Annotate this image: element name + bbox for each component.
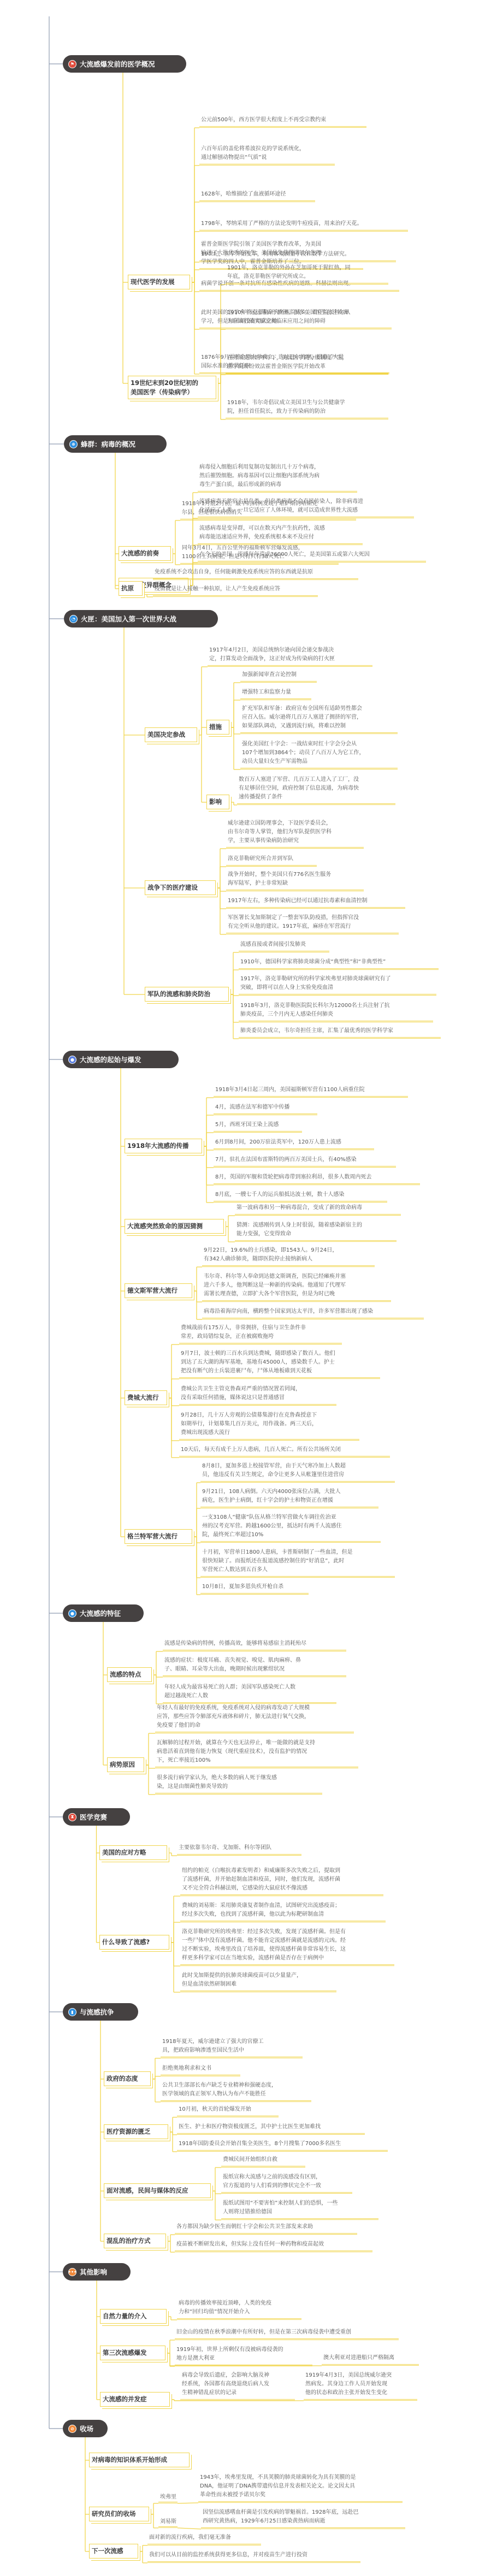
leaf-note[interactable]: 1918年3月，洛克菲勒医院院长科尔为12000名士兵注射了抗 肺炎疫苗，三个月… xyxy=(239,1002,433,1022)
leaf-note[interactable]: 8月8日，夏加多恩上校接管军营，由于天气寒冷加上人数超 员，他违反有关卫生规定，… xyxy=(200,1462,395,1483)
leaf-note[interactable]: 1901年，洛克菲勒的外孙在芝加哥死于猩红热，同 年底，洛克菲勒医学研究所成立。 xyxy=(226,264,388,285)
sub-topic[interactable]: 大流感的并发症 xyxy=(100,2392,170,2407)
leaf-note[interactable]: 纽约的帕克（白喉抗毒素发明者）和威廉斯多次失败之后，提取到 了流感杆菌，并开始赶… xyxy=(180,1867,383,1896)
leaf-note[interactable]: 1798年，琴纳采用了严格的方法论发明牛痘疫苗，用来治疗天花。 xyxy=(199,220,408,232)
leaf-note[interactable]: 1910年洛克菲勒研究所医院成立。首任院长科尔认 为应该打破实验室和临床应用之间… xyxy=(226,309,388,329)
leaf-note[interactable]: 澳大利亚对进港船只严格隔离 xyxy=(322,2354,419,2366)
leaf-note[interactable]: 医生、护士和医疗物资极度匮乏，其中护士比医生更加难找 xyxy=(177,2123,365,2135)
leaf-note[interactable]: 9月7日，波士顿的三百水兵到达费城，随即感染了数百人。他们 到达了五大湖的海军基… xyxy=(179,1349,380,1379)
sub-topic[interactable]: 面对流感，民间与媒体的反应 xyxy=(104,2183,211,2198)
leaf-note[interactable]: 费城公共卫生主管克鲁森对严重的情况置若罔闻， 没有采取任何措施，媒体说这只是普通… xyxy=(179,1385,336,1406)
leaf-note[interactable]: 公元前500年，西方医学很大程度上不再受宗教约束 xyxy=(199,116,366,128)
leaf-note[interactable]: 报纸宣称大流感与之前的流感没有区别， 官方报道的与人们看到的惨状完全不一致 xyxy=(221,2173,352,2194)
leaf-note[interactable]: 流感的症状：极度耳痛、丧失视觉、嗅觉、肌肉麻痹、鼻 子、眼睛、耳朵等大出血，晚期… xyxy=(163,1656,346,1677)
hourglass-icon: ⧗ xyxy=(68,1813,76,1821)
leaf-note[interactable]: 病毒侵入细胞后利用复制功复制出几十万个病毒， 然后摧毁细胞。病毒基因可以让细胞内… xyxy=(198,463,357,493)
leaf-note[interactable]: 9月22日，19.6%的士兵感染，即1543人。9月24日， 有342人确诊肺炎… xyxy=(202,1246,375,1267)
leaf-note[interactable]: 很多流行病学家认为，绝大多数的病人死于继发感 染，这是由细菌性肺炎导致的 xyxy=(155,1774,322,1795)
leaf-note[interactable]: 9月28日，几十万人旁观的公债募集游行在克鲁森授意下 如期举行，计划募集几百万美… xyxy=(179,1411,359,1441)
leaf-note[interactable]: 费城民间开始组织自救 xyxy=(221,2155,305,2168)
sub-topic[interactable]: 研究员们的收场 xyxy=(89,2507,149,2521)
leaf-note[interactable]: 1918年3月4日起三周内，美国福斯顿军营有1100人病重住院 xyxy=(214,1086,408,1098)
leaf-note[interactable]: 疫苗被不断研发出来，但实际上没有任何一种药物和疫苗起效 xyxy=(175,2240,372,2252)
leaf-note[interactable]: 8月，英国的军舰和货轮把病毒带到塞拉利昂，很多人数周内死去 xyxy=(214,1173,420,1185)
leaf-note[interactable]: 10月初，秋天的首轮爆发开始 xyxy=(177,2105,279,2117)
researcher-name[interactable]: 埃弗里 xyxy=(158,2492,178,2503)
leaf-note[interactable]: 1917年4月2日，美国总统纳尔逊向国会递交参战决 定，打算发动全面战争，这正好… xyxy=(208,646,372,667)
sub-topic[interactable]: 第三次流感爆发 xyxy=(100,2346,165,2360)
leaf-note[interactable]: 10天后，每天有成千上万人患病，几百人死亡。所有公共场所关闭 xyxy=(179,1446,390,1458)
sub-topic[interactable]: 19世纪末到20世纪初的 美国医学（传染病学） xyxy=(128,376,216,399)
leaf-note[interactable]: 病毒的传播效率接近顶峰，人类的免疫 力和“回归均值”情况开始介入 xyxy=(177,2299,301,2320)
sub-topic[interactable]: 美国决定参战 xyxy=(145,727,197,742)
leaf-note[interactable]: 10月8日，夏加多恩负疚开枪自杀 xyxy=(200,1583,309,1595)
sub-topic[interactable]: 费城大流行 xyxy=(125,1390,167,1405)
sub-topic[interactable]: 流感的特点 xyxy=(107,1667,152,1682)
sub-topic[interactable]: 对病毒的知识体系开始形成 xyxy=(89,2453,190,2467)
main-topic[interactable]: ⧗医学竞赛 xyxy=(63,1808,130,1826)
leaf-note[interactable]: 8月底，一艘七千人的运兵船抵达波士顿，数十人感染 xyxy=(214,1191,387,1203)
main-topic[interactable]: ⚑大流感爆发前的医学概况 xyxy=(63,55,186,73)
sub-topic[interactable]: 1918年大流感的传播 xyxy=(125,1139,202,1153)
leaf-note[interactable]: 六百年后的盖伦将希波拉克的学说系统化， 通过解刨动物提出“气质”说 xyxy=(199,145,335,165)
leaf-note[interactable]: 此时戈加斯提供的抗肺炎球菌疫苗可以少量量产， 但是血清依然研制困难 xyxy=(180,1971,336,1992)
main-topic-label: 收场 xyxy=(80,2424,93,2433)
main-topic-label: 蜂群：病毒的概况 xyxy=(81,439,135,449)
leaf-note[interactable]: 军医署长戈加斯制定了一整套军队防疫措，但指挥官没 有完全听从他的建议。1917年… xyxy=(226,914,399,934)
leaf-note[interactable]: 第一波病毒和另一种病毒混合，变成了新的致命病毒 xyxy=(235,1204,401,1216)
leaf-note[interactable]: 数百万人塞进了军营、几百万工人进入了工厂，没 有足够居住空间，政府控制了信息流通… xyxy=(237,775,395,805)
sub-topic[interactable]: 格兰特军营大流行 xyxy=(125,1529,192,1544)
leaf-note[interactable]: 疫苗就是让人接触一种抗原，让人产生免疫系统应答 xyxy=(153,585,318,597)
leaf-note[interactable]: 7月，驻扎在法国布雷斯特的两百万美国士兵，有40%感染 xyxy=(214,1156,396,1168)
sub-topic[interactable]: 现代医学的发展 xyxy=(128,275,190,289)
mind-map-canvas: ⚑大流感爆发前的医学概况现代医学的发展公元前500年，西方医学很大程度上不再受宗… xyxy=(0,0,491,2576)
bee-icon: ⊕ xyxy=(69,440,78,448)
leaf-note[interactable]: 年轻人有最好的免疫系统，免疫系统对入侵的病毒发动了大规模 应答，那些应答令肺部充… xyxy=(155,1704,354,1733)
leaf-note[interactable]: 我们可以从目前的监控系统获得更多信息，并对疫苗生产进行投资 xyxy=(147,2551,360,2563)
sub-topic-measures[interactable]: 措施 xyxy=(206,720,229,735)
researcher-name[interactable]: 刘易斯 xyxy=(158,2516,178,2528)
leaf-note[interactable]: 十月初，军营单日1800人患病，卡普斯研制了一些血清，但是 很快短缺了。而报纸还… xyxy=(200,1548,395,1578)
leaf-note[interactable]: 洛克菲勒研究所合并到军队 xyxy=(226,855,317,867)
leaf-note[interactable]: 病毒会导致后遗症，会影响大脑及神 经系统，各国都有高烧退烧后病人发 生精神错乱症… xyxy=(180,2371,295,2401)
leaf-note[interactable]: 6月到8月间，200万驻法英军中，120万人患上流感 xyxy=(214,1138,374,1150)
leaf-note[interactable]: 1919年4月3日，美国总统威尔逊突 然病发。其身边工作人员开始发现 他的状态和… xyxy=(304,2371,417,2401)
main-topic-label: 医学竞赛 xyxy=(80,1812,107,1822)
chart-icon: ▮ xyxy=(68,2008,76,2016)
main-topic-label: 其他影响 xyxy=(80,2267,107,2277)
sub-topic[interactable]: 大流感的前奏 xyxy=(119,546,171,561)
leaf-note[interactable]: 5月，西班牙国王染上流感 xyxy=(214,1121,302,1133)
leaf-note[interactable]: 强化美国红十字会：一战结束时红十字会分会从 107个增加到3864个；动员了八百… xyxy=(240,740,398,769)
leaf-note[interactable]: 年轻人成为最容易死亡的人群；美国军队感染死亡人数 超过越战死亡人数 xyxy=(163,1683,336,1704)
leaf-note[interactable]: 病毒沿着海岸向南，横跨整个国家到达太平洋，许多军营都出现了感染 xyxy=(202,1307,424,1319)
leaf-note[interactable]: 韦尔奇、科尔等人奉命到达德文斯调查，医院已经瘫痪并塞 进六千多人，他判断这是一种… xyxy=(202,1272,391,1302)
leaf-note[interactable]: 流感病毒天然宿主是鸟类，但鸟类病毒不会直接传染人，除非病毒进 化适应了人类。一旦… xyxy=(198,498,414,518)
leaf-note[interactable]: 1910年，德国科学家将肺炎球菌分成“典型性”和“非典型性” xyxy=(239,958,439,970)
sub-topic[interactable]: 大流感突然致命的原因猜测 xyxy=(125,1219,224,1234)
leaf-note[interactable]: 主要依靠韦尔奇、戈加斯、科尔等团队 xyxy=(177,1844,301,1856)
leaf-note[interactable]: 流感病毒是变异群，可以在数天内产生抗药性，流感 病毒能迅速适应外界，免疫系统根本… xyxy=(198,524,363,545)
person-icon: ● xyxy=(68,1056,76,1064)
main-topic-label: 大流感的起始与爆发 xyxy=(80,1055,141,1064)
leaf-note[interactable]: 威尔逊建立国防理事会，下设医学委员会， 由韦尔奇等人掌管，他们为军队提供医学科 … xyxy=(226,819,364,849)
main-topic[interactable]: ●大流感的特征 xyxy=(63,1604,144,1622)
main-topic[interactable]: ◔火匣：美国加入第一次世界大战 xyxy=(64,610,218,627)
sub-topic[interactable]: 政府的态度 xyxy=(104,2071,151,2086)
leaf-note[interactable]: 1918年国防委员会开始召集全美医生，8个月搜集了7000多名医生 xyxy=(177,2140,388,2152)
leaf-note[interactable]: 流感是传染病的特例，传播高效，能够将易感宿主消耗殆尽 xyxy=(163,1639,346,1651)
main-topic-label: 大流感爆发前的医学概况 xyxy=(80,59,155,69)
leaf-note[interactable]: 流感直接或者间接引发肺炎 xyxy=(239,940,329,952)
leaf-note[interactable]: 1918年，韦尔奇倡议成立美国卫生与公共健康学 院，担任首任院长，致力于传染病的… xyxy=(226,399,388,419)
leaf-note[interactable]: 4月，流感在法军和德军中传播 xyxy=(214,1103,317,1115)
sub-topic[interactable]: 什么导致了流感? xyxy=(99,1935,169,1950)
main-topic[interactable]: ⊕蜂群：病毒的概况 xyxy=(64,435,167,453)
leaf-note[interactable]: 在今天的美国，流感每年造成36000人死亡，是美国第五或第六大死因 xyxy=(198,550,426,562)
sub-topic[interactable]: 下一次流感 xyxy=(89,2544,138,2559)
leaf-note[interactable]: 在弗莱克斯纳呼吁下，美国医学院分级制度产生， 医学院纷纷效法霍普金斯医学院开始改… xyxy=(226,354,388,375)
leaf-note[interactable]: 1919年初，世界上所剩仅有没被病毒侵袭的 地方是澳大利亚 xyxy=(175,2346,312,2366)
sub-topic[interactable]: 抗原 xyxy=(119,581,143,596)
sub-topic[interactable]: 自然力量的介入 xyxy=(100,2309,167,2324)
sub-topic[interactable]: 病势原因 xyxy=(107,1757,144,1772)
leaf-note[interactable]: 面对新的流行疾病，我们毫无准备 xyxy=(147,2533,261,2545)
stop-icon: ⊘ xyxy=(68,2425,76,2433)
leaf-note[interactable]: 报纸试图用“不要害怕”来控制人们的恐惧，一些 人则将过错推给德国 xyxy=(221,2199,378,2220)
leaf-note[interactable]: 拒绝奥地利求和文书 xyxy=(161,2064,240,2076)
leaf-note[interactable]: 猜测：流感刚传到人身上时很弱，随着感染新宿主的 能力变强，它变得致命 xyxy=(235,1221,397,1242)
leaf-note[interactable]: 公共卫生部部长布卢缺乏专业精神和强硬态度， 医学领域的真正领军人物认为布卢不能胜… xyxy=(161,2081,311,2102)
main-topic-label: 火匣：美国加入第一次世界大战 xyxy=(81,614,176,624)
sub-topic[interactable]: 战争下的医疗建设 xyxy=(145,880,216,895)
main-topic[interactable]: ▮与流感抗争 xyxy=(63,2003,138,2021)
main-topic[interactable]: ⊘收场 xyxy=(63,2420,108,2437)
sub-topic[interactable]: 医疗资源的匮乏 xyxy=(104,2124,168,2139)
more-icon: ••• xyxy=(68,2268,76,2276)
leaf-note[interactable]: 1628年，哈维描绘了血液循环途径 xyxy=(199,190,315,202)
leaf-note[interactable]: 免疫系统不会攻击自身，任何能刺激免疫系统应答的东西就是抗原 xyxy=(153,568,358,580)
leaf-note[interactable]: 一支3108人“健康”队伍从格兰特军营做火车调往佐治亚 州的汉考克军营。跨越16… xyxy=(200,1513,381,1543)
leaf-note[interactable]: 加强新闻审查言论控制 xyxy=(240,671,317,683)
main-topic-label: 大流感的特征 xyxy=(80,1608,121,1618)
leaf-note[interactable]: 增强特工和监察力量 xyxy=(240,688,311,700)
sub-topic[interactable]: 混乱的治疗方式 xyxy=(104,2234,166,2248)
leaf-note[interactable]: 洛克菲勒研究所的埃弗里：经过多次失败，发现了流感杆菌。但是有 一些尸体中没有流感… xyxy=(180,1928,394,1966)
leaf-note[interactable]: 费城战前有175万人，非常拥挤，住宿与卫生条件非 常差，政局错综复杂，正在被腐败… xyxy=(179,1324,342,1345)
sub-topic[interactable]: 军队的流感和肺炎防治 xyxy=(145,987,229,1002)
flag-icon: ⚑ xyxy=(68,60,76,68)
leaf-note[interactable]: 1917年左右，多种传染病已经可以通过抗毒素和血清控制 xyxy=(226,897,405,909)
researcher-note[interactable]: 因坚信流感嗜血杆菌是引发疾病的罪魁祸首。1928年底，远赴巴 西研究黄热病，19… xyxy=(201,2508,405,2529)
leaf-note[interactable]: 9月21日，108人病倒。六天内4000张床位占满，大批人 病危，医生护士病倒，… xyxy=(200,1488,378,1508)
leaf-note[interactable]: 各方都因为缺少医生而朝红十字会和公共卫生部发来求助 xyxy=(175,2223,357,2235)
leaf-note[interactable]: 1917年，洛克菲勒研究所的科学家埃弗里对肺炎球菌研究有了 突破，即将可以在人身… xyxy=(239,975,436,996)
globe-icon: ◔ xyxy=(69,615,78,623)
leaf-note[interactable]: 战争开始时，整个美国只有776名医生服务 海军陆军，护士非常短缺 xyxy=(226,870,364,891)
sub-topic[interactable]: 美国的应对方略 xyxy=(99,1845,167,1860)
main-topic-label: 与流感抗争 xyxy=(80,2007,114,2017)
leaf-note[interactable]: 扩充军队和军备：政府宣布全国所有适龄男性都会 应召入伍。威尔逊将几百万人塞进了拥… xyxy=(240,704,398,734)
group-icon: ● xyxy=(68,1609,76,1618)
sub-topic-impact[interactable]: 影响 xyxy=(206,795,229,809)
leaf-note[interactable]: 旧金山的疫情在秋季浪潮中有所好转，但是在第三次病毒侵袭中遭受重创 xyxy=(175,2328,399,2340)
leaf-note[interactable]: 费城的刘易斯：采用肺炎康复者制作血清，试图研究出流感疫苗； 经过多次失败，也找到… xyxy=(180,1902,386,1922)
researcher-note[interactable]: 1943年，埃弗里发现，不具荚膜的肺炎球菌转化为具有荚膜的是 DNA，他证明了D… xyxy=(198,2473,403,2503)
leaf-note[interactable]: 瓦解肺的过程开始，就算在今天也无法停止，唯一能做的就是支持 病患活着直到他有能力… xyxy=(155,1739,358,1768)
main-topic[interactable]: •••其他影响 xyxy=(63,2263,131,2281)
main-topic[interactable]: ●大流感的起始与爆发 xyxy=(63,1051,179,1068)
leaf-note[interactable]: 肺炎委员会成立，韦尔奇担任主席，汇集了最优秀的医学科学家 xyxy=(239,1027,441,1039)
sub-topic[interactable]: 德文斯军营大流行 xyxy=(125,1283,192,1298)
leaf-note[interactable]: 1918年夏天，威尔逊建立了强大的官僚工 具，把政府影响渗透至国民生活中 xyxy=(161,2038,303,2058)
